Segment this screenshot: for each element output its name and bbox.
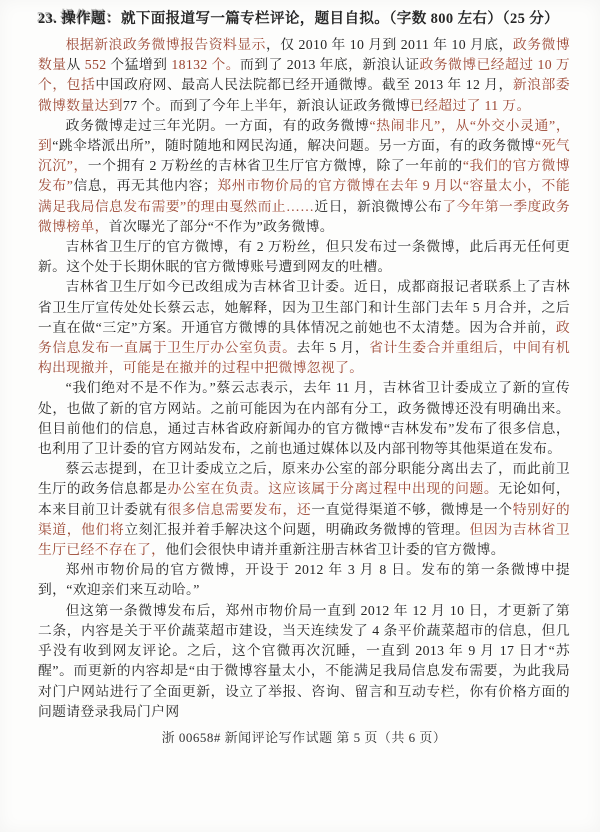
text-run: 近日，新浪微博公布	[314, 199, 442, 214]
paragraph: 吉林省卫生厅的官方微博，有 2 万粉丝，但只发布过一条微博，此后再无任何更新。这…	[38, 237, 570, 277]
page-footer: 浙 00658# 新闻评论写作试题 第 5 页（共 6 页）	[38, 727, 570, 746]
paragraph: 政务微博走过三年光阴。一方面，有的政务微博“热闹非凡”，从“外交小灵通”，到“跳…	[38, 116, 570, 237]
text-run: 政务微博走过三年光阴。一方面，有的政务微博	[66, 118, 370, 133]
text-run: 根据新浪政务微博报告资料显示	[66, 37, 266, 52]
paragraph: 郑州市物价局的官方微博，开设于 2012 年 3 月 8 日。发布的第一条微博中…	[38, 560, 570, 600]
text-run: 个猛增到	[110, 57, 171, 72]
report-body: 根据新浪政务微博报告资料显示，仅 2010 年 10 月到 2011 年 10 …	[38, 35, 570, 722]
text-run: 吉林省卫生厅的官方微博，有 2 万粉丝，但只发布过一条微博，此后再无任何更新。这…	[38, 239, 570, 274]
question-number: 23. 操作题：	[38, 11, 121, 27]
exam-paper-page: 23. 操作题：就下面报道写一篇专栏评论，题目自拟。（字数 800 左右）（25…	[0, 0, 600, 832]
text-run: 很多信息需要发布，还	[167, 502, 311, 517]
paragraph: 但这第一条微博发布后，郑州市物价局一直到 2012 年 12 月 10 日，才更…	[38, 601, 570, 722]
text-run: 一直觉得渠道不够，微博是一个	[311, 502, 512, 517]
paragraph: 吉林省卫生厅如今已改组成为吉林省卫计委。近日，成都商报记者联系上了吉林省卫生厅宣…	[38, 277, 570, 378]
text-run: 中国政府网、最高人民法院都已经开通微博。截至 2013 年 12 月，	[95, 77, 513, 92]
text-run: 但这第一条微博发布后，郑州市物价局一直到 2012 年 12 月 10 日，才更…	[38, 603, 570, 719]
paragraph: 根据新浪政务微博报告资料显示，仅 2010 年 10 月到 2011 年 10 …	[38, 35, 570, 116]
paragraph: “我们绝对不是不作为。”蔡云志表示，去年 11 月，吉林省卫计委成立了新的宣传处…	[38, 378, 570, 459]
text-run: 而到了 2013 年底，新浪认证	[240, 57, 419, 72]
paragraph: 蔡云志提到，在卫计委成立之后，原来办公室的部分职能分离出去了，而此前卫生厅的政务…	[38, 459, 570, 560]
text-run: “我们绝对不是不作为。”蔡云志表示，去年 11 月，吉林省卫计委成立了新的宣传处…	[38, 380, 570, 456]
text-run: 552	[85, 57, 111, 72]
question-text: 就下面报道写一篇专栏评论，题目自拟。（字数 800 左右）（25 分）	[121, 11, 559, 27]
text-run: 郑州市物价局的官方微博，开设于 2012 年 3 月 8 日。发布的第一条微博中…	[38, 562, 570, 597]
text-run: 首次曝光了部分“不作为”政务微博。	[109, 219, 334, 234]
text-run: 信息，再无其他内容；	[73, 178, 217, 193]
text-run: 去年 5 月，	[296, 340, 369, 355]
text-run: 立刻汇报并着手解决这个问题，明确政务微博的管理。	[124, 522, 469, 537]
text-run: 77 个。而到了今年上半年，新浪认证政务微博	[123, 98, 410, 113]
text-run: 他们会很快申请并重新注册吉林省卫计委的官方微博。	[165, 542, 505, 557]
text-run: “跳伞塔派出所”，随时随地和网民沟通，解决问题。另一方面，有的政务微博	[52, 138, 535, 153]
text-run: ，仅 2010 年 10 月到 2011 年 10 月底，	[266, 37, 513, 52]
text-run: 吉林省卫生厅如今已改组成为吉林省卫计委。近日，成都商报记者联系上了吉林省卫生厅宣…	[38, 279, 570, 334]
text-run: 18132 个。	[171, 57, 240, 72]
text-run: 办公室在负责。这应该属于分离过程中出现的问题。	[167, 481, 498, 496]
text-run: 从	[67, 57, 85, 72]
question-line: 23. 操作题：就下面报道写一篇专栏评论，题目自拟。（字数 800 左右）（25…	[38, 8, 570, 30]
text-run: 一个拥有 2 万粉丝的吉林省卫生厅官方微博，除了一年前的	[88, 158, 463, 173]
text-run: 已经超过了 11 万。	[410, 98, 531, 113]
